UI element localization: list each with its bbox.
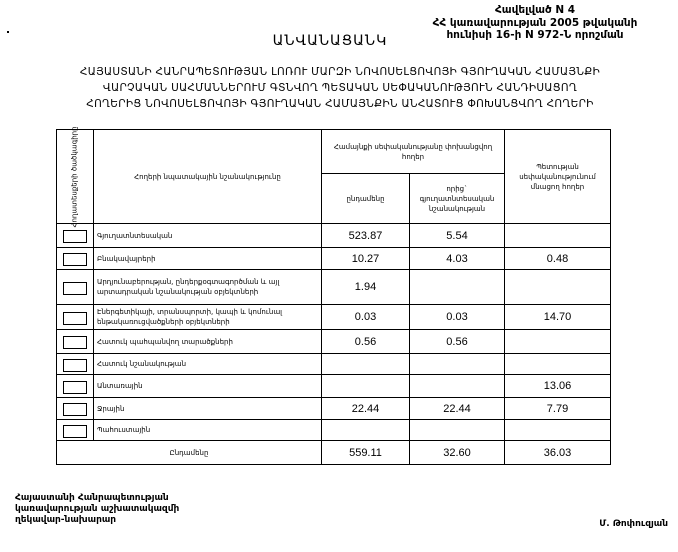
state-remaining [505, 420, 611, 441]
community-agri [410, 420, 505, 441]
scan-artifact-dot [7, 31, 9, 33]
code-box [63, 336, 87, 349]
header-community-group: Համայնքի սեփականությանը փոխանցվող հողեր [322, 130, 505, 174]
header-incl-agri: որից` գյուղատնտեսական նշանակության [410, 174, 505, 224]
table-row: Անտառային13.06 [57, 375, 611, 398]
annex-number: Հավելված N 4 [400, 4, 670, 17]
code-cell [57, 354, 94, 375]
table-row: Բնակավայրերի10.274.030.48 [57, 248, 611, 270]
state-remaining: 13.06 [505, 375, 611, 398]
community-total: 523.87 [322, 224, 410, 248]
community-agri [410, 270, 505, 305]
code-cell [57, 248, 94, 270]
totals-label: Ընդամենը [57, 441, 322, 465]
code-box [63, 403, 87, 416]
community-agri: 4.03 [410, 248, 505, 270]
land-category: Բնակավայրերի [94, 248, 322, 270]
header-name: Հողերի նպատակային նշանակությունը [94, 130, 322, 224]
table-row: Պահուստային [57, 420, 611, 441]
state-remaining [505, 330, 611, 354]
code-box [63, 312, 87, 325]
code-box [63, 253, 87, 266]
state-remaining: 7.79 [505, 398, 611, 420]
header-state-remaining: Պետության սեփականությունում մնացող հողեր [505, 130, 611, 224]
header-total: ընդամենը [322, 174, 410, 224]
land-category: Գյուղատնտեսական [94, 224, 322, 248]
code-box [63, 282, 87, 295]
state-remaining: 0.48 [505, 248, 611, 270]
land-category: Արդյունաբերության, ընդերքօգտագործման և ա… [94, 270, 322, 305]
table-body: Գյուղատնտեսական523.875.54Բնակավայրերի10.… [57, 224, 611, 465]
code-cell [57, 305, 94, 330]
subtitle-line: ՀՈՂԵՐԻՑ ՆՈՎՈՍԵԼՑՈՎՈՅԻ ԳՅՈՒՂԱԿԱՆ ՀԱՄԱՅՆՔԻ… [30, 96, 650, 112]
state-remaining [505, 224, 611, 248]
position-line: կառավարության աշխատակազմի [15, 504, 179, 515]
code-box [63, 359, 87, 372]
community-agri [410, 354, 505, 375]
community-total [322, 354, 410, 375]
document-title: ԱՆՎԱՆԱՑԱՆԿ [230, 33, 430, 49]
table-row: Ջրային22.4422.447.79 [57, 398, 611, 420]
land-category: Հատուկ նշանակության [94, 354, 322, 375]
community-total: 10.27 [322, 248, 410, 270]
code-box [63, 230, 87, 243]
table-row: Հատուկ նշանակության [57, 354, 611, 375]
community-total [322, 375, 410, 398]
signatory-position: Հայաստանի Հանրապետության կառավարության ա… [15, 493, 179, 526]
totals-community-agri: 32.60 [410, 441, 505, 465]
land-table: Հողատեսքերի ծածկագիրը Հողերի նպատակային … [56, 129, 611, 465]
header-code: Հողատեսքերի ծածկագիրը [57, 130, 94, 224]
state-remaining: 14.70 [505, 305, 611, 330]
community-total: 0.03 [322, 305, 410, 330]
totals-community-total: 559.11 [322, 441, 410, 465]
code-cell [57, 375, 94, 398]
community-total [322, 420, 410, 441]
code-cell [57, 330, 94, 354]
document-subtitle: ՀԱՅԱՍՏԱՆԻ ՀԱՆՐԱՊԵՏՈՒԹՅԱՆ ԼՈՌՈՒ ՄԱՐԶԻ ՆՈՎ… [30, 64, 650, 112]
land-category: Ջրային [94, 398, 322, 420]
table-row: Էներգետիկայի, տրանսպորտի, կապի և կոմունա… [57, 305, 611, 330]
code-box [63, 425, 87, 438]
position-line: ղեկավար-նախարար [15, 515, 179, 526]
community-agri: 5.54 [410, 224, 505, 248]
totals-state-remaining: 36.03 [505, 441, 611, 465]
signatory-name: Մ. Թոփուզյան [599, 519, 668, 529]
table-row: Գյուղատնտեսական523.875.54 [57, 224, 611, 248]
code-cell [57, 420, 94, 441]
code-cell [57, 270, 94, 305]
annex-decree-line: ՀՀ կառավարության 2005 թվականի [400, 17, 670, 30]
state-remaining [505, 270, 611, 305]
position-line: Հայաստանի Հանրապետության [15, 493, 179, 504]
community-total: 1.94 [322, 270, 410, 305]
annex-decree-date: հունիսի 16-ի N 972-Ն որոշման [400, 29, 670, 42]
annex-reference: Հավելված N 4 ՀՀ կառավարության 2005 թվակա… [400, 4, 670, 42]
land-category: Անտառային [94, 375, 322, 398]
table-row: Արդյունաբերության, ընդերքօգտագործման և ա… [57, 270, 611, 305]
code-box [63, 381, 87, 394]
state-remaining [505, 354, 611, 375]
land-category: Հատուկ պահպանվող տարածքների [94, 330, 322, 354]
community-agri: 0.03 [410, 305, 505, 330]
subtitle-line: ՀԱՅԱՍՏԱՆԻ ՀԱՆՐԱՊԵՏՈՒԹՅԱՆ ԼՈՌՈՒ ՄԱՐԶԻ ՆՈՎ… [30, 64, 650, 80]
subtitle-line: ՎԱՐՉԱԿԱՆ ՍԱՀՄԱՆՆԵՐՈՒՄ ԳՏՆՎՈՂ ՊԵՏԱԿԱՆ ՍԵՓ… [30, 80, 650, 96]
table-row: Հատուկ պահպանվող տարածքների0.560.56 [57, 330, 611, 354]
community-agri [410, 375, 505, 398]
code-cell [57, 398, 94, 420]
community-total: 0.56 [322, 330, 410, 354]
totals-row: Ընդամենը559.1132.6036.03 [57, 441, 611, 465]
community-total: 22.44 [322, 398, 410, 420]
land-category: Էներգետիկայի, տրանսպորտի, կապի և կոմունա… [94, 305, 322, 330]
land-category: Պահուստային [94, 420, 322, 441]
community-agri: 0.56 [410, 330, 505, 354]
community-agri: 22.44 [410, 398, 505, 420]
